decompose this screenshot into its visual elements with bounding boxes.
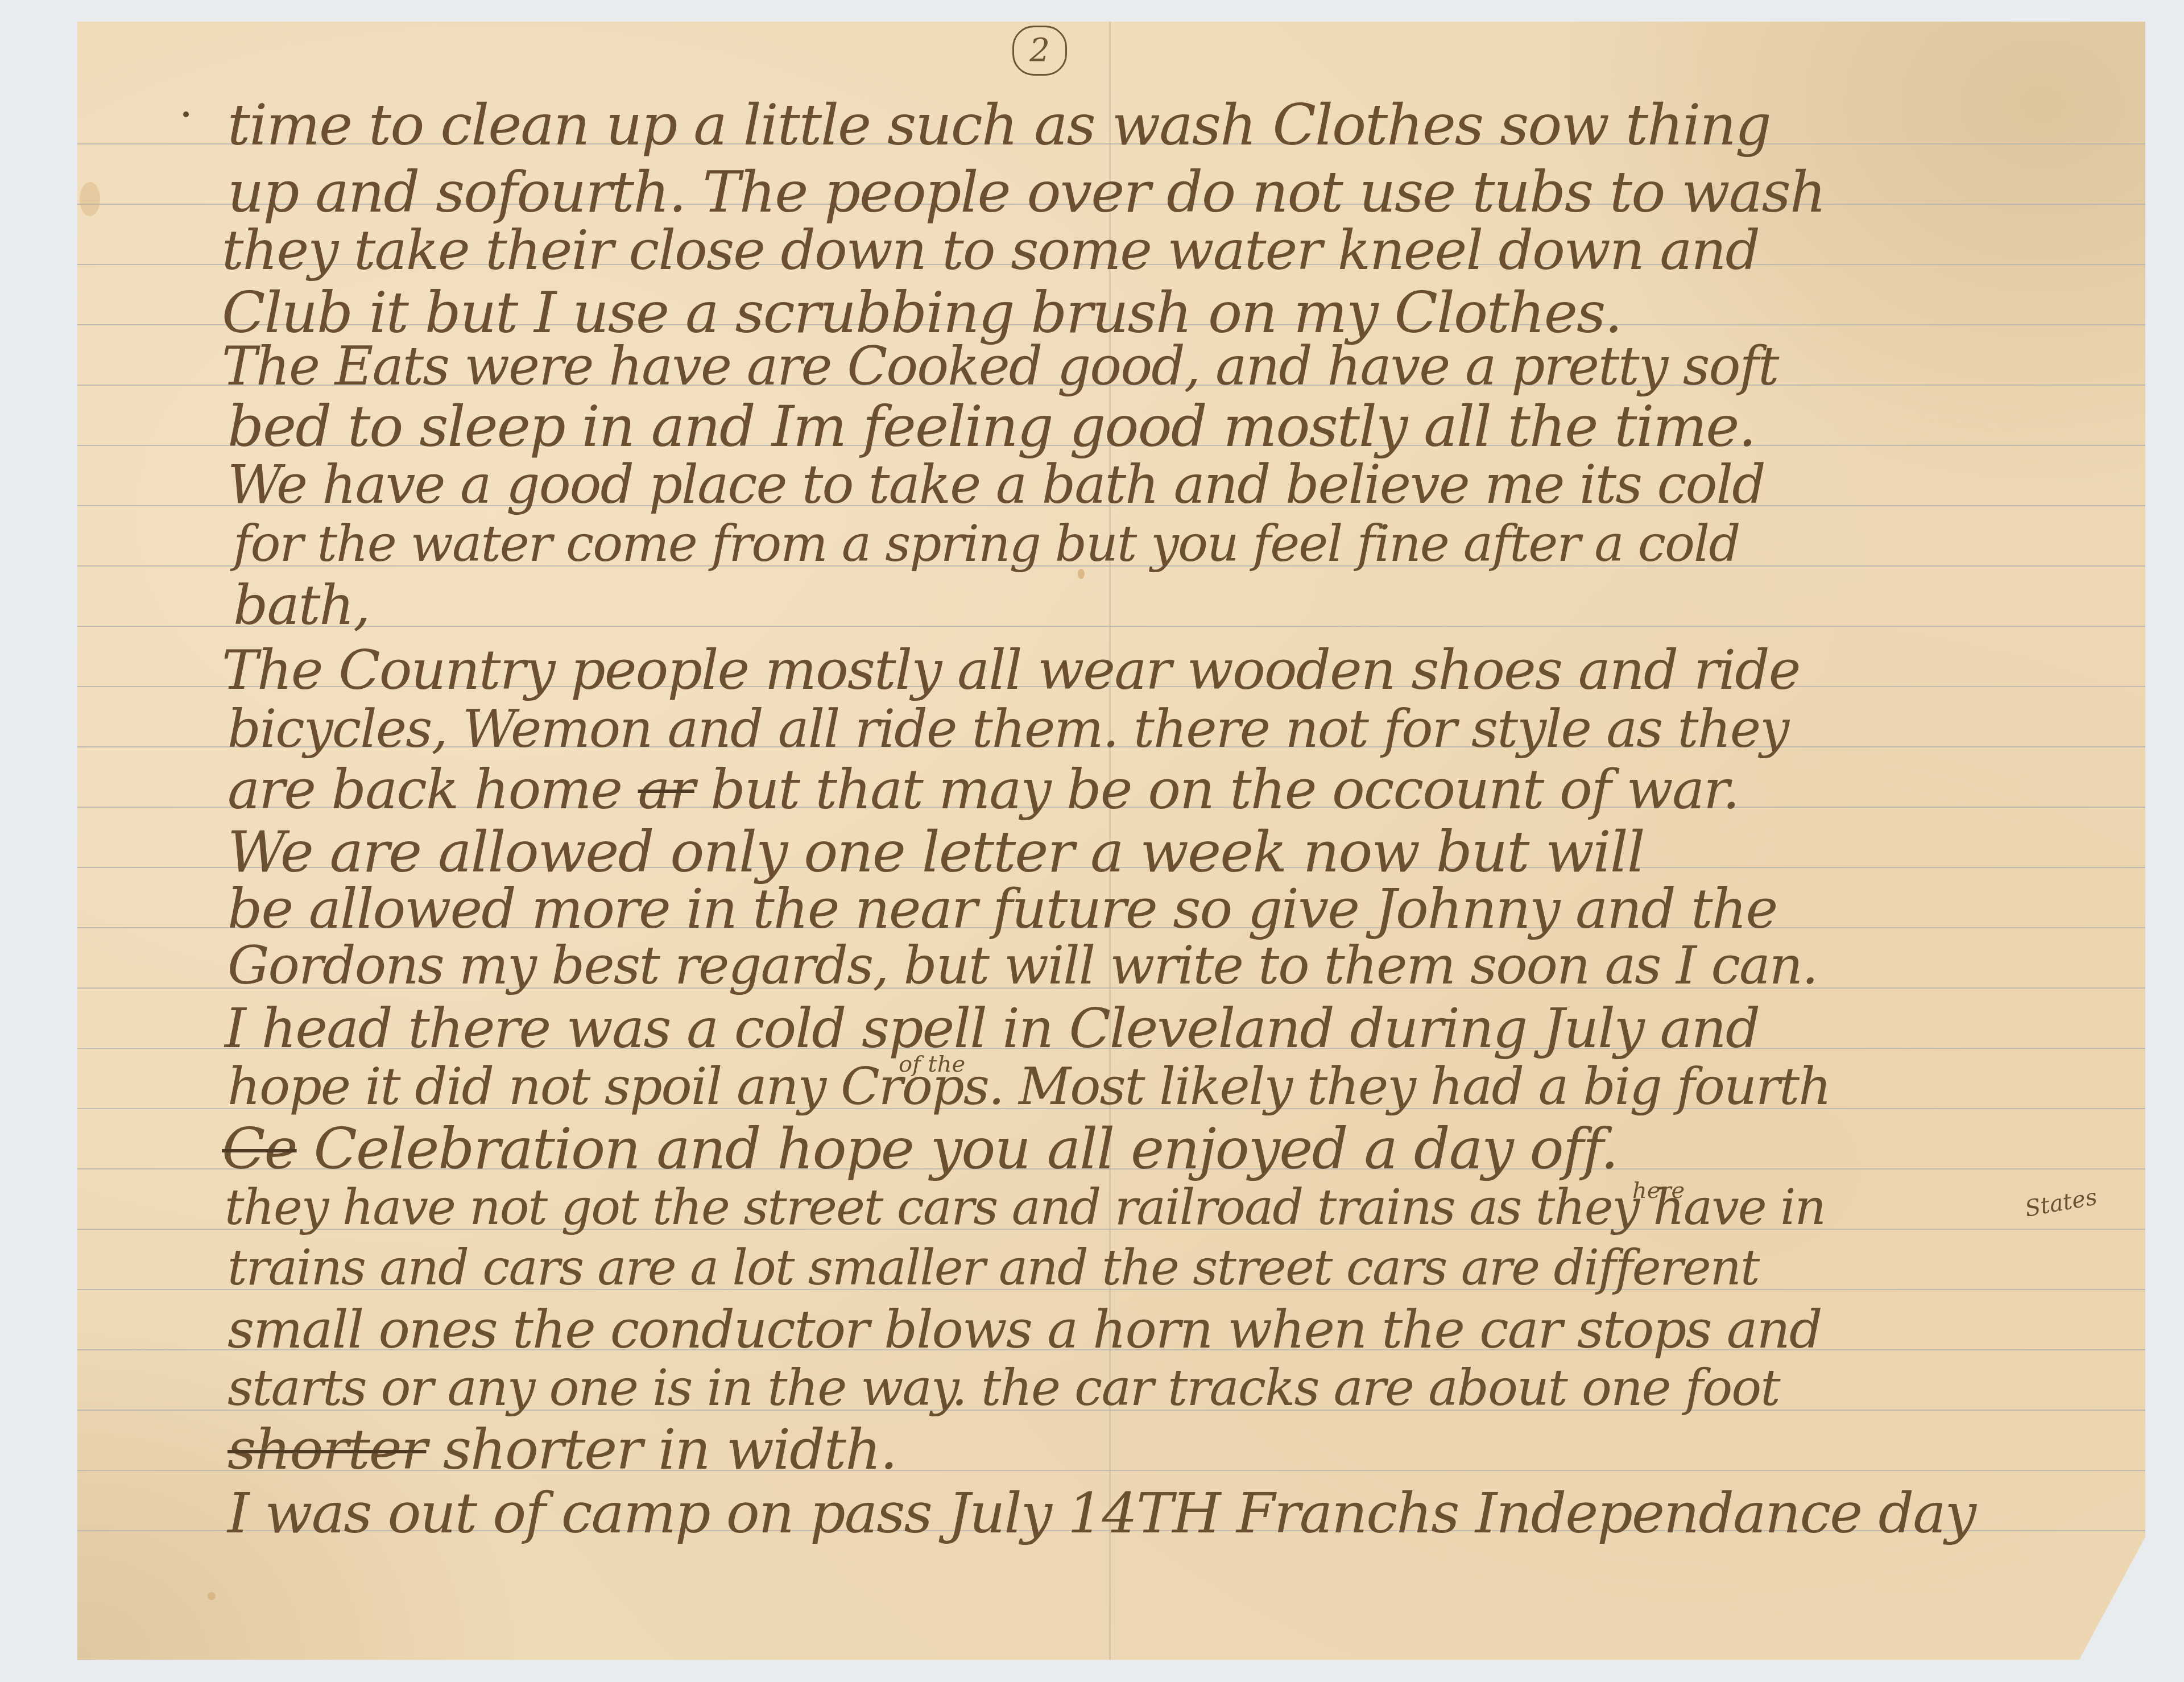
stain-mark — [1078, 569, 1085, 579]
letter-line: up and sofourth. The people over do not … — [227, 164, 1825, 221]
struck-word: shorter — [227, 1417, 426, 1482]
letter-line: The Country people mostly all wear woode… — [222, 643, 1800, 697]
insertion-of-the: of the — [899, 1051, 965, 1077]
letter-line: We are allowed only one letter a week no… — [227, 824, 1644, 881]
letter-line: I head there was a cold spell in Clevela… — [225, 1001, 1759, 1056]
letter-text: shorter in width. — [443, 1417, 897, 1482]
letter-line: The Eats were have are Cooked good, and … — [222, 340, 1778, 393]
letter-line: trains and cars are a lot smaller and th… — [227, 1243, 1759, 1292]
letter-line: time to clean up a little such as wash C… — [227, 97, 1771, 154]
scanned-letter-page: 2 time to clean up a little such as wash… — [0, 0, 2184, 1682]
letter-line: We have a good place to take a bath and … — [227, 458, 1765, 511]
letter-line: they take their close down to some water… — [222, 223, 1759, 278]
letter-line: I was out of camp on pass July 14TH Fran… — [227, 1486, 1975, 1542]
letter-line: hope it did not spoil any Crops. Most li… — [227, 1061, 1830, 1113]
letter-text: but that may be on the occount of war. — [710, 758, 1739, 821]
stain-mark — [80, 182, 100, 216]
letter-text: Celebration and hope you all enjoyed a d… — [314, 1115, 1618, 1182]
letter-line: bed to sleep in and Im feeling good most… — [227, 398, 1755, 455]
letter-line: for the water come from a spring but you… — [233, 519, 1740, 569]
letter-text: are back home — [227, 758, 622, 821]
ink-dot — [183, 111, 189, 117]
letter-line: they have not got the street cars and ra… — [225, 1183, 1825, 1232]
letter-line: bath, — [233, 578, 370, 633]
letter-line: Club it but I use a scrubbing brush on m… — [222, 284, 1622, 341]
letter-line: bicycles, Wemon and all ride them. there… — [227, 703, 1788, 755]
letter-line: small ones the conductor blows a horn wh… — [227, 1304, 1822, 1356]
insertion-here: here — [1632, 1177, 1685, 1204]
stain-mark — [208, 1592, 216, 1600]
letter-line: starts or any one is in the way. the car… — [227, 1363, 1780, 1413]
letter-line: Gordons my best regards, but will write … — [227, 940, 1817, 992]
page-number: 2 — [1012, 26, 1067, 76]
struck-word: Ce — [222, 1115, 297, 1182]
letter-line: shorter shorter in width. — [227, 1422, 897, 1478]
struck-word: ar — [638, 758, 694, 821]
ruled-line — [77, 626, 2145, 627]
letter-line: Ce Celebration and hope you all enjoyed … — [222, 1121, 1618, 1177]
letter-line: are back home ar but that may be on the … — [227, 762, 1739, 817]
letter-line: be allowed more in the near future so gi… — [227, 882, 1777, 936]
